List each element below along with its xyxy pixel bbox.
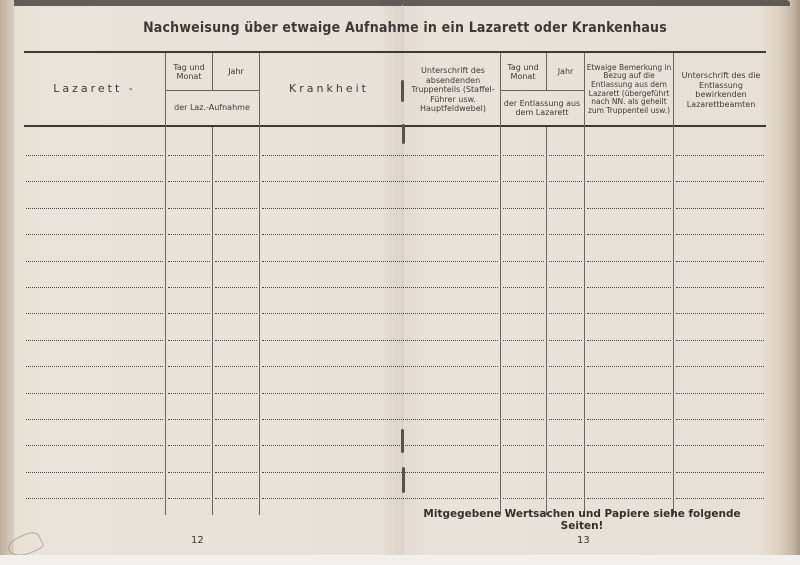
header-aufnahme-tag-monat: Tag und Monat (168, 55, 210, 89)
table-row-line (168, 155, 210, 156)
open-booklet: Nachweisung über etwaige Aufnahme in ein… (0, 0, 800, 565)
table-row-line (168, 208, 210, 209)
table-row-line (262, 287, 498, 288)
table-row-line (26, 445, 163, 446)
table-row-line (676, 393, 764, 394)
staple (401, 80, 404, 102)
table-row-line (549, 234, 582, 235)
table-row-line (503, 208, 544, 209)
table-row-line (549, 287, 582, 288)
table-row-line (549, 181, 582, 182)
table-row-line (503, 234, 544, 235)
table-row-line (676, 472, 764, 473)
table-row-line (26, 181, 163, 182)
table-row-line (587, 208, 671, 209)
column-divider (546, 127, 547, 515)
table-row-line (549, 366, 582, 367)
staple (402, 124, 405, 144)
table-row-line (503, 287, 544, 288)
table-row-line (503, 498, 544, 499)
header-aufnahme-jahr: Jahr (213, 55, 259, 89)
table-row-line (503, 313, 544, 314)
table-row-line (587, 393, 671, 394)
table-row-line (215, 234, 257, 235)
staple (401, 429, 404, 453)
table-row-line (168, 181, 210, 182)
staple (402, 467, 405, 493)
table-row-line (215, 181, 257, 182)
table-row-line (26, 234, 163, 235)
table-row-line (26, 340, 163, 341)
table-row-line (215, 393, 257, 394)
table-row-line (262, 234, 498, 235)
table-row-line (215, 445, 257, 446)
table-row-line (168, 366, 210, 367)
table-row-line (676, 445, 764, 446)
column-divider (584, 53, 585, 515)
table-row-line (262, 261, 498, 262)
table-row-line (549, 393, 582, 394)
table-row-line (168, 313, 210, 314)
table-row-line (676, 181, 764, 182)
table-row-line (168, 234, 210, 235)
header-entlassung-jahr: Jahr (547, 55, 584, 89)
table-row-line (26, 498, 163, 499)
table-row-line (215, 155, 257, 156)
footer-note: Mitgegebene Wertsachen und Papiere siehe… (412, 508, 752, 532)
table-row-line (676, 340, 764, 341)
table-row-line (215, 287, 257, 288)
table-row-line (587, 366, 671, 367)
table-row-line (26, 261, 163, 262)
page-number-left: 12 (191, 535, 204, 546)
table-row-line (587, 155, 671, 156)
table-row-line (549, 498, 582, 499)
booklet-bottom-edge (0, 555, 800, 565)
table-row-line (262, 155, 498, 156)
table-row-line (168, 393, 210, 394)
table-row-line (168, 445, 210, 446)
table-row-line (215, 366, 257, 367)
header-entlassung-tag-monat: Tag und Monat (502, 55, 544, 89)
table-row-line (262, 181, 498, 182)
table-row-line (503, 181, 544, 182)
table-row-line (26, 208, 163, 209)
table-row-line (262, 393, 498, 394)
table-row-line (26, 287, 163, 288)
table-row-line (262, 208, 498, 209)
table-row-line (215, 261, 257, 262)
table-row-line (587, 313, 671, 314)
table-row-line (26, 393, 163, 394)
table-row-line (503, 445, 544, 446)
table-row-line (549, 155, 582, 156)
table-row-line (168, 261, 210, 262)
table-row-line (168, 340, 210, 341)
table-row-line (168, 419, 210, 420)
table-row-line (215, 313, 257, 314)
column-divider (673, 53, 674, 515)
table-row-line (262, 340, 498, 341)
table-row-line (549, 419, 582, 420)
table-row-line (503, 340, 544, 341)
header-entlassung-group: der Entlassung aus dem Lazarett (500, 91, 584, 125)
table-row-line (168, 472, 210, 473)
header-unterschrift-lazarett: Unterschrift des die Entlassung bewirken… (678, 55, 764, 125)
header-aufnahme-group: der Laz.-Aufnahme (165, 91, 259, 125)
header-unterschrift-truppenteil: Unterschrift des absendenden Truppenteil… (408, 55, 498, 125)
table-row-line (676, 313, 764, 314)
table-row-line (587, 234, 671, 235)
table-row-line (168, 287, 210, 288)
page-title: Nachweisung über etwaige Aufnahme in ein… (140, 20, 670, 36)
table-row-line (262, 445, 498, 446)
page-number-right: 13 (577, 535, 590, 546)
table-row-line (549, 261, 582, 262)
header-bemerkung: Etwaige Bemerkung in Bezug auf die Entla… (586, 54, 672, 125)
table-row-line (26, 155, 163, 156)
table-row-line (215, 340, 257, 341)
table-row-line (26, 472, 163, 473)
table-row-line (676, 419, 764, 420)
table-row-line (262, 366, 498, 367)
table-row-line (503, 366, 544, 367)
table-row-line (676, 498, 764, 499)
table-row-line (503, 472, 544, 473)
header-bottom-border (24, 125, 766, 127)
table-row-line (262, 498, 498, 499)
header-krankheit: Krankheit (259, 53, 399, 125)
table-row-line (262, 472, 498, 473)
booklet-top-edge (10, 0, 790, 6)
table-row-line (503, 393, 544, 394)
table-row-line (587, 498, 671, 499)
table-row-line (587, 472, 671, 473)
table-row-line (587, 261, 671, 262)
header-lazarett: Lazarett - (24, 53, 165, 125)
table-row-line (26, 366, 163, 367)
table-row-line (676, 208, 764, 209)
booklet-left-edge (0, 0, 14, 565)
table-row-line (587, 340, 671, 341)
table-row-line (215, 472, 257, 473)
table-row-line (676, 234, 764, 235)
table-row-line (168, 498, 210, 499)
table-row-line (587, 419, 671, 420)
table-row-line (549, 472, 582, 473)
table-row-line (676, 366, 764, 367)
table-row-line (26, 313, 163, 314)
table-row-line (549, 208, 582, 209)
table-row-line (262, 313, 498, 314)
table-row-line (549, 313, 582, 314)
table-row-line (503, 155, 544, 156)
table-row-line (549, 340, 582, 341)
table-row-line (503, 261, 544, 262)
table-row-line (26, 419, 163, 420)
table-row-line (262, 419, 498, 420)
table-row-line (215, 419, 257, 420)
table-row-line (587, 181, 671, 182)
table-row-line (676, 287, 764, 288)
table-row-line (587, 287, 671, 288)
table-row-line (676, 155, 764, 156)
table-row-line (503, 419, 544, 420)
table-row-line (676, 261, 764, 262)
table-row-line (587, 445, 671, 446)
column-divider (212, 127, 213, 515)
table-row-line (549, 445, 582, 446)
table-row-line (215, 208, 257, 209)
table-row-line (215, 498, 257, 499)
